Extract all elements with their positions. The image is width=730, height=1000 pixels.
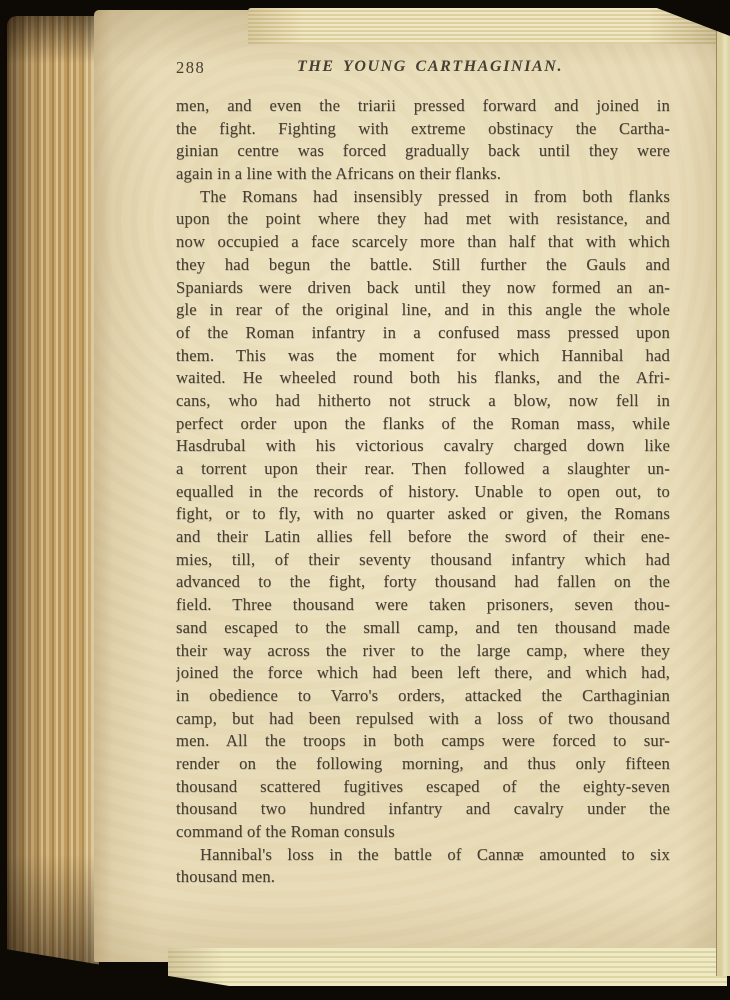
body-line: now occupied a face scarcely more than h… [176,231,670,254]
body-line: upon the point where they had met with r… [176,208,670,231]
photo-of-open-book: 288 THE YOUNG CARTHAGINIAN. men, and eve… [0,0,730,1000]
body-line: they had begun the battle. Still further… [176,254,670,277]
body-line: command of the Roman consuls [176,821,670,844]
body-line: the fight. Fighting with extreme obstina… [176,118,670,141]
body-line: camp, but had been repulsed with a loss … [176,708,670,731]
body-line: mies, till, of their seventy thousand in… [176,549,670,572]
body-line: thousand scattered fugitives escaped of … [176,776,670,799]
body-line: joined the force which had been left the… [176,662,670,685]
body-line: ginian centre was forced gradually back … [176,140,670,163]
body-line: Spaniards were driven back until they no… [176,277,670,300]
body-line: them. This was the moment for which Hann… [176,345,670,368]
running-header: THE YOUNG CARTHAGINIAN. [190,58,670,76]
body-line: of the Roman infantry in a confused mass… [176,322,670,345]
body-line: men. All the troops in both camps were f… [176,730,670,753]
page-header: 288 THE YOUNG CARTHAGINIAN. [176,58,670,82]
body-line: in obedience to Varro's orders, attacked… [176,685,670,708]
body-line: sand escaped to the small camp, and ten … [176,617,670,640]
body-text: men, and even the triarii pressed forwar… [176,95,670,889]
left-page-edge-stack [7,16,99,968]
top-page-edge-stack [248,8,718,44]
body-line: The Romans had insensibly pressed in fro… [176,186,670,209]
body-line: render on the following morning, and thu… [176,753,670,776]
body-line: perfect order upon the flanks of the Rom… [176,413,670,436]
body-line: thousand men. [176,866,670,889]
body-line: gle in rear of the original line, and in… [176,299,670,322]
body-line: advanced to the fight, forty thousand ha… [176,571,670,594]
body-line: and their Latin allies fell before the s… [176,526,670,549]
background-strip-bottom [0,986,730,1000]
book-page: 288 THE YOUNG CARTHAGINIAN. men, and eve… [94,10,718,962]
body-line: waited. He wheeled round both his flanks… [176,367,670,390]
body-line: Hasdrubal with his victorious cavalry ch… [176,435,670,458]
body-line: their way across the river to the large … [176,640,670,663]
body-line: fight, or to fly, with no quarter asked … [176,503,670,526]
body-line: a torrent upon their rear. Then followed… [176,458,670,481]
body-line: again in a line with the Africans on the… [176,163,670,186]
right-page-edge [716,8,730,976]
bottom-page-edge-stack [168,948,727,988]
body-line: field. Three thousand were taken prisone… [176,594,670,617]
body-line: cans, who had hitherto not struck a blow… [176,390,670,413]
body-line: men, and even the triarii pressed forwar… [176,95,670,118]
body-line: equalled in the records of history. Unab… [176,481,670,504]
body-line: Hannibal's loss in the battle of Cannæ a… [176,844,670,867]
body-line: thousand two hundred infantry and cavalr… [176,798,670,821]
